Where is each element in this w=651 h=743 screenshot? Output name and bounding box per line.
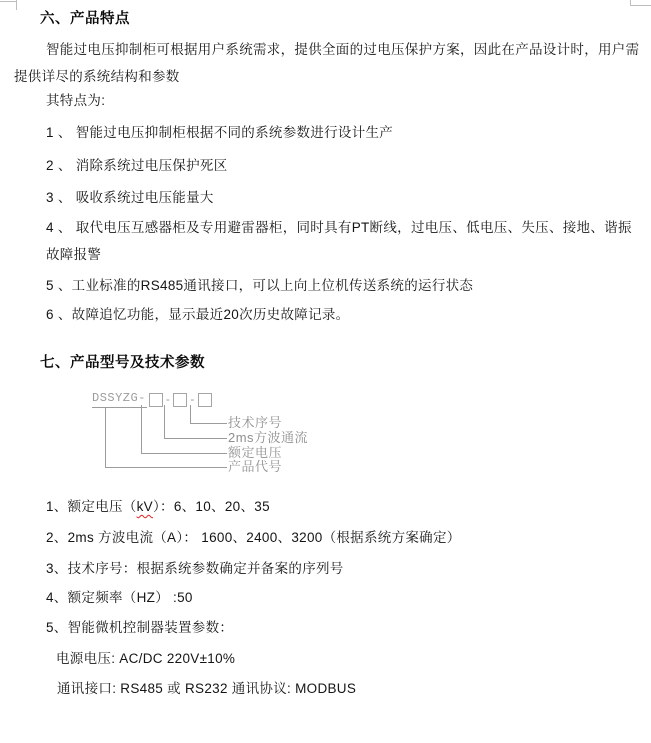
spec-item-1-suffix: ）：6、10、20、35 [153, 499, 270, 514]
spec-item-4: 4、额定频率（HZ） :50 [46, 589, 193, 606]
document-page: 六、产品特点 智能过电压抑制柜可根据用户系统需求，提供全面的过电压保护方案，因此… [0, 0, 651, 743]
diagram-label-rated-voltage: 额定电压 [228, 446, 282, 460]
spec-item-1-unit-spellcheck: kV [137, 499, 153, 514]
connector-line-serial-v [190, 405, 191, 423]
intro-paragraph: 智能过电压抑制柜可根据用户系统需求，提供全面的过电压保护方案，因此在产品设计时，… [14, 36, 642, 90]
corner-mark-top-right-h [630, 5, 651, 6]
model-box-serial [198, 393, 212, 407]
connector-line-serial-h [190, 423, 227, 424]
section6-heading: 六、产品特点 [40, 7, 130, 28]
model-box-voltage [149, 393, 163, 407]
spec-item-1-prefix: 1、额定电压（ [46, 499, 137, 514]
model-row: DSSYZG- - - [92, 392, 214, 407]
feature-item-3: 3 、 吸收系统过电压能量大 [46, 189, 214, 206]
model-code: DSSYZG- [92, 392, 147, 408]
connector-line-voltage-v [141, 405, 142, 453]
feature-item-5: 5 、工业标准的RS485通讯接口，可以上向上位机传送系统的运行状态 [46, 277, 473, 294]
model-box-current [173, 393, 187, 407]
feature-item-1: 1 、 智能过电压抑制柜根据不同的系统参数进行设计生产 [46, 124, 393, 141]
spec-item-2: 2、2ms 方波电流（A）： 1600、2400、3200（根据系统方案确定） [46, 529, 461, 546]
spec-item-1: 1、额定电压（kV）：6、10、20、35 [46, 498, 270, 515]
connector-line-voltage-h [141, 453, 227, 454]
diagram-label-2ms-current: 2ms方波通流 [228, 431, 308, 445]
corner-mark-top-left-h [0, 1, 17, 2]
spec-subitem-power-supply: 电源电压: AC/DC 220V±10% [56, 650, 235, 667]
connector-line-product-code-h [105, 467, 227, 468]
corner-mark-top-left-v [16, 0, 17, 10]
spec-item-3: 3、技术序号：根据系统参数确定并备案的序列号 [46, 560, 344, 577]
section7-heading: 七、产品型号及技术参数 [40, 351, 205, 372]
connector-line-current-v [164, 405, 165, 438]
features-lead: 其特点为: [46, 92, 105, 109]
feature-item-4: 4 、 取代电压互感器柜及专用避雷器柜，同时具有PT断线，过电压、低电压、失压、… [46, 214, 645, 268]
feature-item-6: 6 、故障追忆功能，显示最近20次历史故障记录。 [46, 306, 349, 323]
model-separator: - [165, 393, 172, 406]
diagram-label-product-code: 产品代号 [228, 460, 282, 474]
model-designation-diagram: DSSYZG- - - 技术序号 2ms方波通流 额定电压 产品代号 [92, 392, 372, 480]
spec-subitem-comm-interface: 通讯接口: RS485 或 RS232 通讯协议: MODBUS [57, 680, 356, 697]
diagram-label-tech-serial: 技术序号 [228, 416, 282, 430]
spec-item-5: 5、智能微机控制器装置参数： [46, 619, 233, 636]
connector-line-current-h [164, 438, 227, 439]
feature-item-2: 2 、 消除系统过电压保护死区 [46, 157, 228, 174]
connector-line-product-code-v [105, 407, 106, 467]
